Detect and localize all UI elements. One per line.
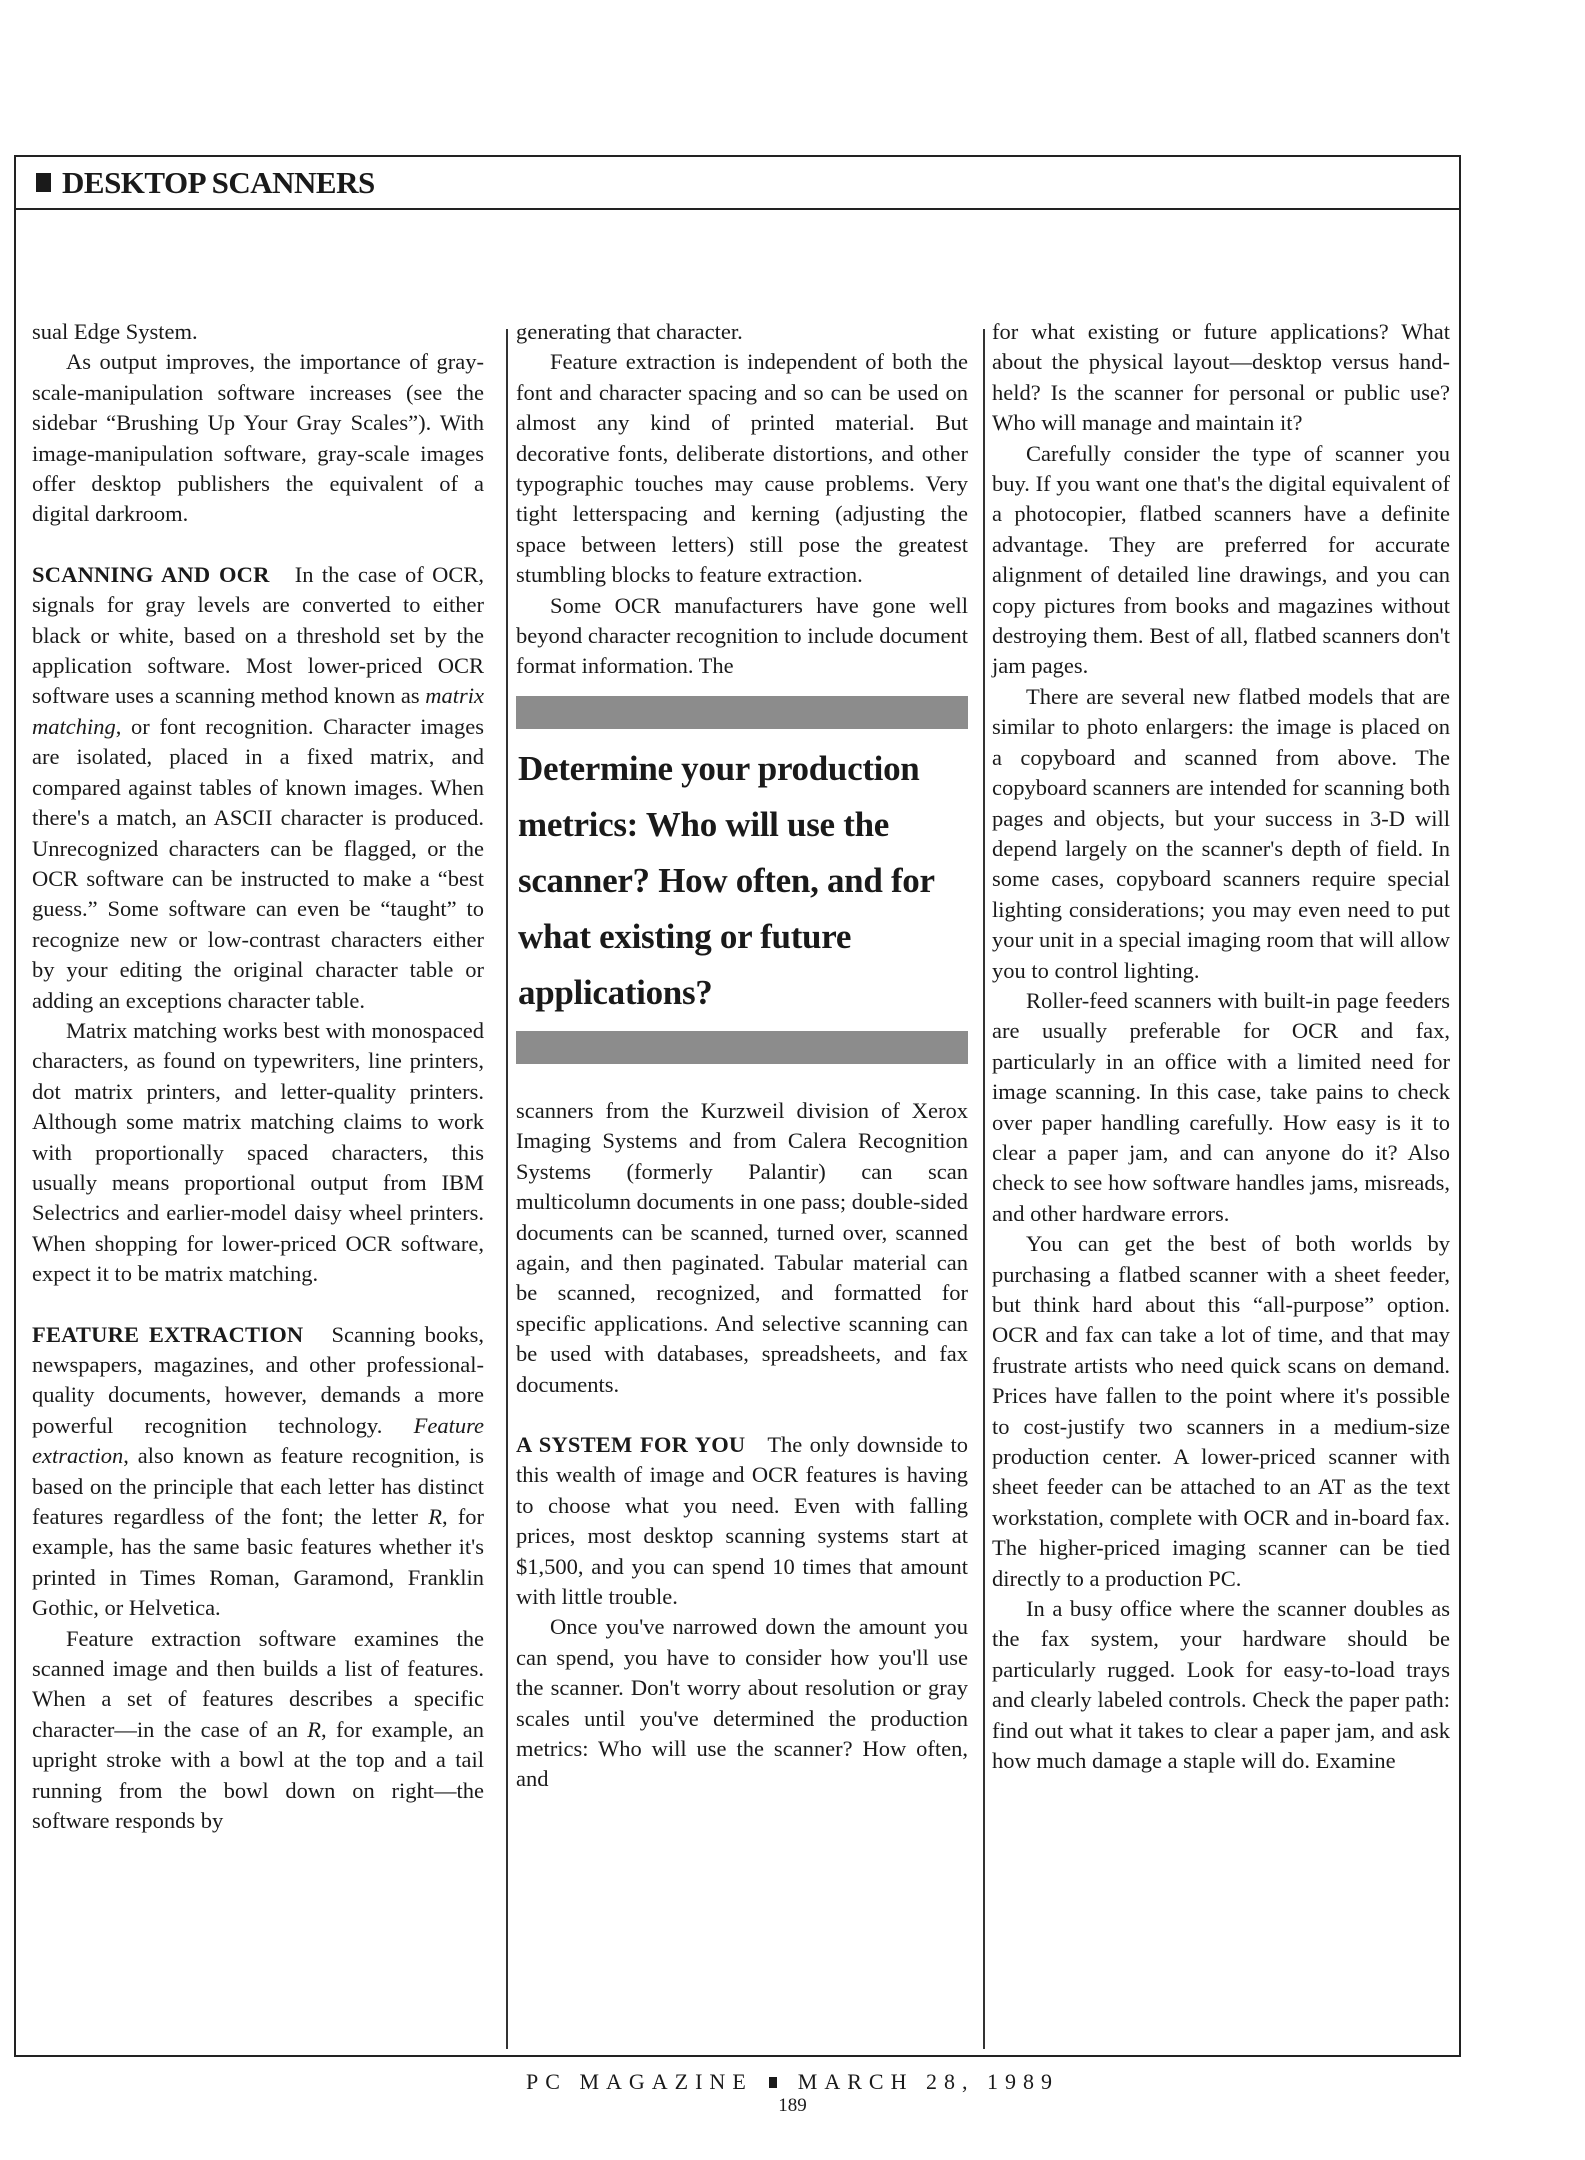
- page-footer: PC MAGAZINE MARCH 28, 1989: [0, 2069, 1585, 2095]
- issue-date: MARCH 28, 1989: [798, 2069, 1059, 2094]
- paragraph: As output improves, the importance of gr…: [32, 347, 484, 529]
- paragraph: Feature extraction software examines the…: [32, 1624, 484, 1837]
- paragraph: SCANNING AND OCR In the case of OCR, sig…: [32, 560, 484, 1016]
- pull-quote-bottom-bar: [516, 1031, 968, 1064]
- paragraph: A SYSTEM FOR YOU The only downside to th…: [516, 1430, 968, 1612]
- pull-quote: Determine your production metrics: Who w…: [516, 696, 968, 1064]
- paragraph: sual Edge System.: [32, 317, 484, 347]
- paragraph: Once you've narrowed down the amount you…: [516, 1612, 968, 1794]
- paragraph: Feature extraction is independent of bot…: [516, 347, 968, 590]
- subhead-scanning-and-ocr: SCANNING AND OCR: [32, 562, 270, 587]
- paragraph: In a busy office where the scanner doubl…: [992, 1594, 1450, 1776]
- page-number: 189: [0, 2095, 1585, 2117]
- column-divider: [506, 329, 508, 2049]
- section-header: DESKTOP SCANNERS: [16, 157, 1459, 210]
- square-separator-icon: [769, 2077, 777, 2088]
- section-title: DESKTOP SCANNERS: [62, 163, 375, 203]
- column-3: for what existing or future applications…: [992, 317, 1450, 1777]
- article-frame: DESKTOP SCANNERS sual Edge System. As ou…: [14, 155, 1461, 2057]
- paragraph: FEATURE EXTRACTION Scanning books, newsp…: [32, 1320, 484, 1624]
- square-bullet-icon: [36, 173, 51, 192]
- publication-name: PC MAGAZINE: [526, 2069, 753, 2094]
- pull-quote-top-bar: [516, 696, 968, 729]
- pull-quote-text: Determine your production metrics: Who w…: [516, 729, 968, 1031]
- paragraph: generating that character.: [516, 317, 968, 347]
- paragraph: Matrix matching works best with monospac…: [32, 1016, 484, 1290]
- paragraph: for what existing or future applications…: [992, 317, 1450, 439]
- paragraph: There are several new flatbed models tha…: [992, 682, 1450, 986]
- column-divider: [983, 329, 985, 2049]
- subhead-feature-extraction: FEATURE EXTRACTION: [32, 1322, 303, 1347]
- paragraph: Some OCR manufacturers have gone well be…: [516, 591, 968, 682]
- paragraph: scanners from the Kurzweil division of X…: [516, 1096, 968, 1400]
- column-1: sual Edge System. As output improves, th…: [32, 317, 484, 1837]
- subhead-a-system-for-you: A SYSTEM FOR YOU: [516, 1432, 745, 1457]
- paragraph: Carefully consider the type of scanner y…: [992, 439, 1450, 682]
- paragraph: Roller-feed scanners with built-in page …: [992, 986, 1450, 1229]
- paragraph: You can get the best of both worlds by p…: [992, 1229, 1450, 1594]
- column-2: generating that character. Feature extra…: [516, 317, 968, 1795]
